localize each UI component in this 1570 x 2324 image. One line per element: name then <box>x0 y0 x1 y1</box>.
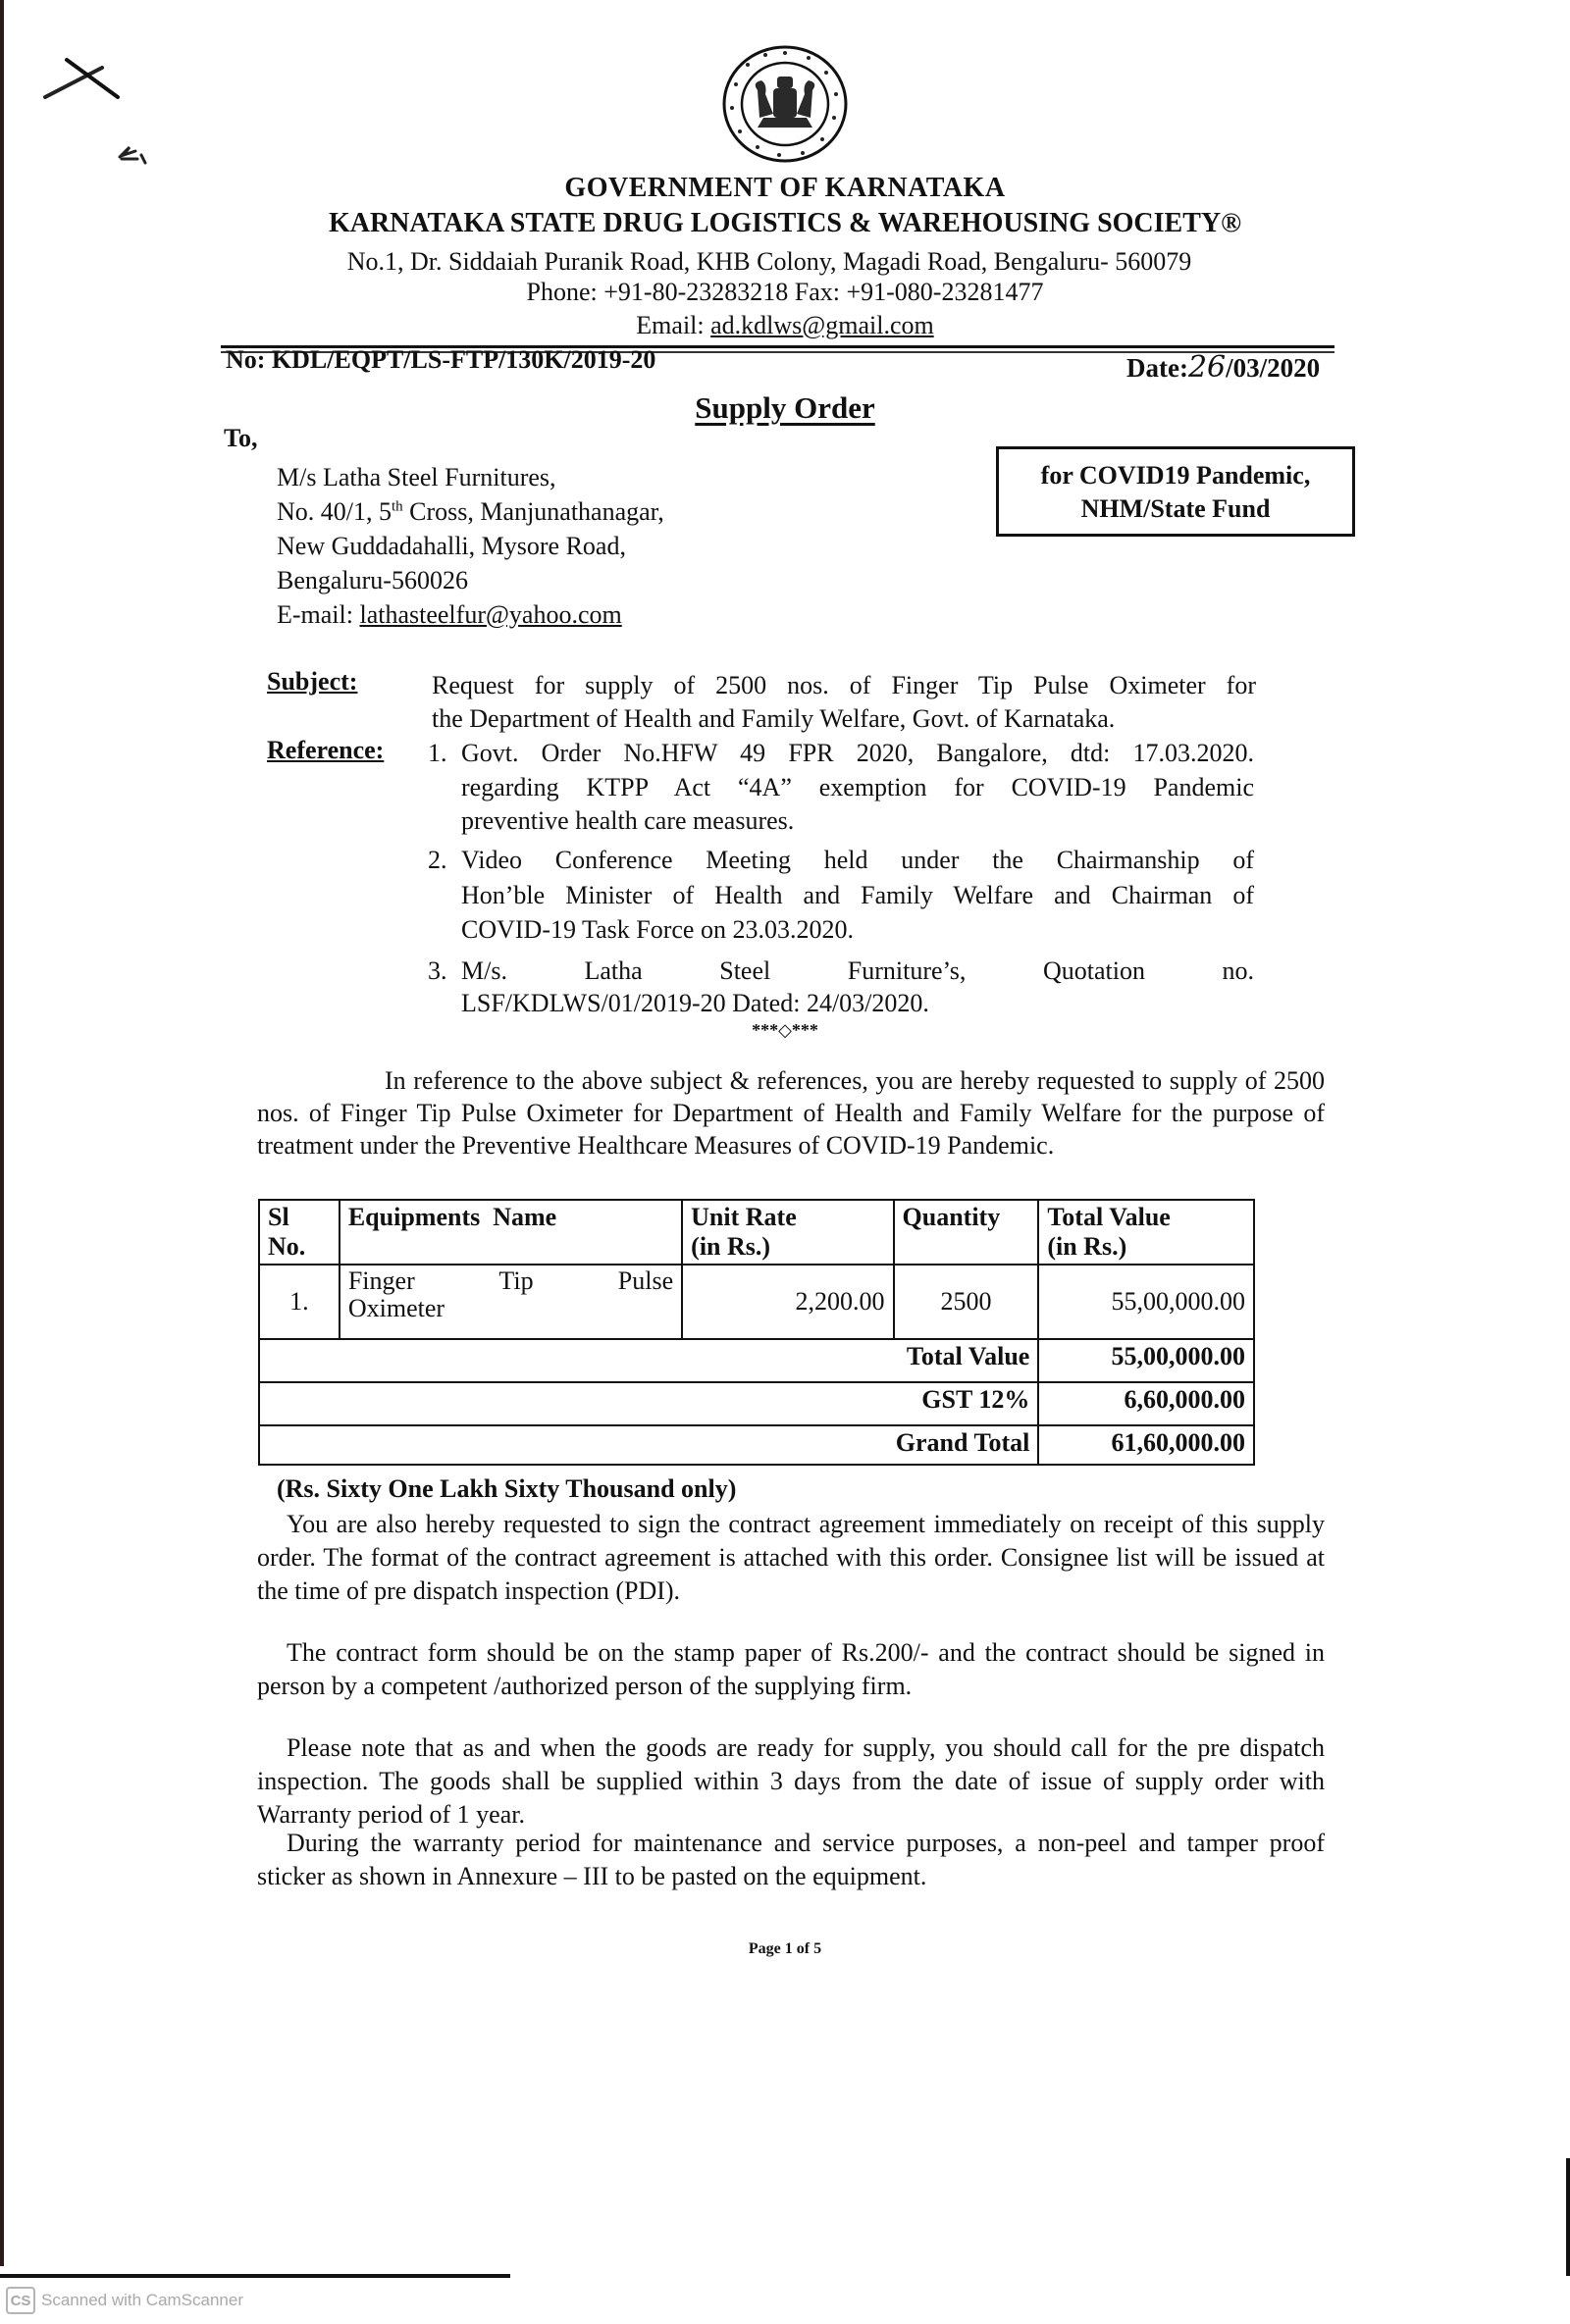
government-heading: GOVERNMENT OF KARNATAKA <box>0 173 1570 204</box>
body-paragraph: You are also hereby requested to sign th… <box>257 1508 1325 1608</box>
recipient-email-line: E-mail: lathasteelfur@yahoo.com <box>277 600 622 630</box>
email-label: Email: <box>636 311 710 339</box>
recipient-address-line: No. 40/1, 5th Cross, Manjunathanagar, <box>277 497 664 527</box>
summary-value: 55,00,000.00 <box>1038 1339 1254 1382</box>
fund-line-2: NHM/State Fund <box>999 492 1352 526</box>
recipient-city: Bengaluru-560026 <box>277 566 468 595</box>
recipient-email-link[interactable]: lathasteelfur@yahoo.com <box>359 600 621 629</box>
recipient-name: M/s Latha Steel Furnitures, <box>277 463 556 492</box>
intro-paragraph: In reference to the above subject & refe… <box>257 1064 1325 1162</box>
reference-number-3: 3. <box>428 956 447 986</box>
body-paragraph: During the warranty period for maintenan… <box>257 1827 1325 1893</box>
reference-number-2: 2. <box>428 846 447 875</box>
fund-line-1: for COVID19 Pandemic, <box>999 459 1352 492</box>
section-divider: ***◇*** <box>0 1020 1570 1041</box>
society-name: KARNATAKA STATE DRUG LOGISTICS & WAREHOU… <box>0 208 1570 239</box>
to-label: To, <box>224 424 257 453</box>
karnataka-emblem-icon <box>714 43 856 165</box>
items-table: SlNo. Equipments Name Unit Rate(in Rs.) … <box>258 1199 1255 1466</box>
reference-2-line: Video Conference Meeting held under the … <box>461 846 1254 875</box>
subject-line: Request for supply of 2500 nos. of Finge… <box>432 671 1256 700</box>
cell-sl-no: 1. <box>259 1265 340 1339</box>
reference-number-1: 1. <box>428 739 447 768</box>
summary-row-grand-total: Grand Total 61,60,000.00 <box>259 1425 1254 1465</box>
camscanner-logo-icon: CS <box>6 2287 35 2314</box>
reference-number: No: KDL/EQPT/LS-FTP/130K/2019-20 <box>226 345 655 375</box>
scan-page-edge <box>0 2274 510 2278</box>
recipient-address-line: New Guddadahalli, Mysore Road, <box>277 532 626 561</box>
subject-label: Subject: <box>267 667 357 697</box>
reference-1-line: preventive health care measures. <box>461 806 794 836</box>
document-title: Supply Order <box>0 390 1570 426</box>
order-date: Date:26/03/2020 <box>1126 350 1320 385</box>
summary-label: GST 12% <box>259 1382 1038 1425</box>
office-email-line: Email: ad.kdlws@gmail.com <box>0 311 1570 340</box>
header-total-value: Total Value(in Rs.) <box>1038 1200 1254 1265</box>
amount-in-words: (Rs. Sixty One Lakh Sixty Thousand only) <box>277 1474 736 1504</box>
body-paragraph: The contract form should be on the stamp… <box>257 1636 1325 1703</box>
summary-value: 61,60,000.00 <box>1038 1425 1254 1465</box>
date-rest: /03/2020 <box>1226 353 1320 383</box>
header-sl-no: SlNo. <box>259 1200 340 1265</box>
reference-label: Reference: <box>267 736 384 765</box>
body-paragraph: Please note that as and when the goods a… <box>257 1731 1325 1832</box>
reference-3-line: LSF/KDLWS/01/2019-20 Dated: 24/03/2020. <box>461 989 929 1018</box>
header-equipment-name: Equipments Name <box>340 1200 682 1265</box>
reference-1-line: regarding KTPP Act “4A” exemption for CO… <box>461 773 1254 802</box>
summary-label: Grand Total <box>259 1425 1038 1465</box>
phone-fax: Phone: +91-80-23283218 Fax: +91-080-2328… <box>0 278 1570 307</box>
handwritten-scribble <box>116 137 165 167</box>
header-quantity: Quantity <box>894 1200 1039 1265</box>
reference-1-line: Govt. Order No.HFW 49 FPR 2020, Bangalor… <box>461 739 1254 768</box>
office-address: No.1, Dr. Siddaiah Puranik Road, KHB Col… <box>0 247 1554 277</box>
reference-2-line: Hon’ble Minister of Health and Family We… <box>461 881 1254 910</box>
cell-quantity: 2500 <box>894 1265 1039 1339</box>
handwritten-cross-mark <box>41 54 130 103</box>
header-unit-rate: Unit Rate(in Rs.) <box>682 1200 893 1265</box>
reference-2-line: COVID-19 Task Force on 23.03.2020. <box>461 915 854 945</box>
summary-row-gst: GST 12% 6,60,000.00 <box>259 1382 1254 1425</box>
handwritten-day: 26 <box>1188 350 1226 385</box>
summary-row-total: Total Value 55,00,000.00 <box>259 1339 1254 1382</box>
cell-equipment-name: Finger Tip PulseOximeter <box>340 1265 682 1339</box>
summary-label: Total Value <box>259 1339 1038 1382</box>
cell-unit-rate: 2,200.00 <box>682 1265 893 1339</box>
table-header-row: SlNo. Equipments Name Unit Rate(in Rs.) … <box>259 1200 1254 1265</box>
office-email-link[interactable]: ad.kdlws@gmail.com <box>710 311 934 339</box>
camscanner-watermark: CS Scanned with CamScanner <box>6 2286 243 2315</box>
date-label: Date: <box>1126 353 1188 383</box>
scan-page-edge <box>1566 2158 1570 2276</box>
subject-line: the Department of Health and Family Welf… <box>432 704 1115 734</box>
table-row: 1. Finger Tip PulseOximeter 2,200.00 250… <box>259 1265 1254 1339</box>
camscanner-text: Scanned with CamScanner <box>41 2291 243 2310</box>
summary-value: 6,60,000.00 <box>1038 1382 1254 1425</box>
cell-total-value: 55,00,000.00 <box>1038 1265 1254 1339</box>
reference-3-line: M/s. Latha Steel Furniture’s, Quotation … <box>461 956 1254 986</box>
page-number: Page 1 of 5 <box>0 1940 1570 1958</box>
fund-source-box: for COVID19 Pandemic, NHM/State Fund <box>996 446 1355 537</box>
